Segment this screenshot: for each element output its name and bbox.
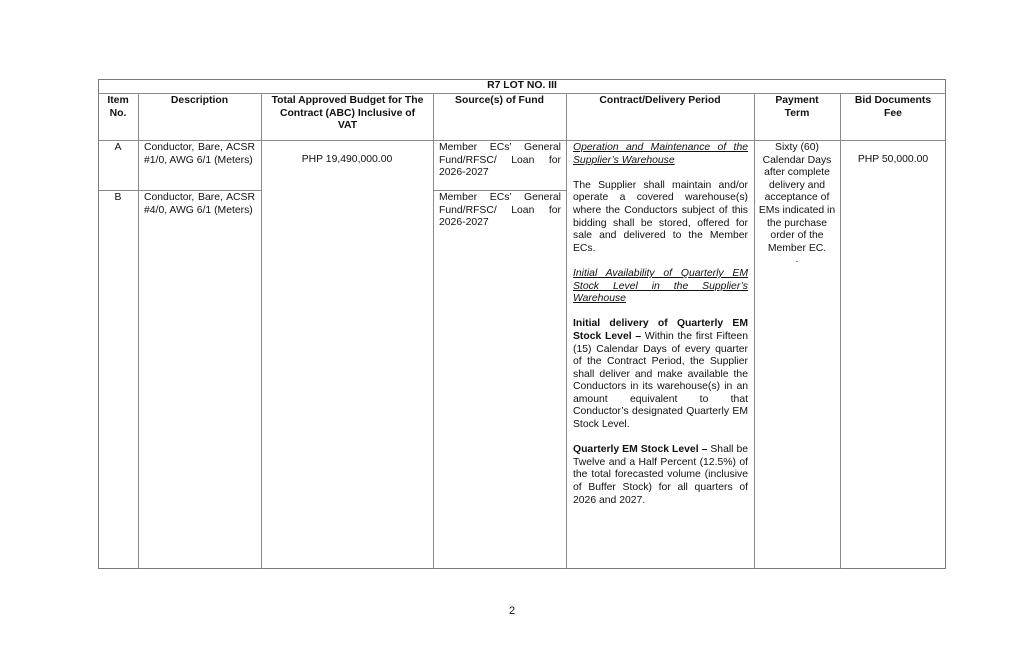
header-item-no: Item No.	[98, 95, 138, 120]
header-description: Description	[138, 95, 261, 108]
delivery-period-cell: Operation and Maintenance of the Supplie…	[573, 142, 748, 507]
period-heading-warehouse: Operation and Maintenance of the Supplie…	[573, 142, 748, 167]
header-abc: Total Approved Budget for The Contract (…	[270, 95, 425, 133]
header-source: Source(s) of Fund	[433, 95, 566, 108]
page-number: 2	[0, 605, 1024, 617]
row-a-b-divider-source	[433, 190, 566, 191]
header-payment: Payment Term	[770, 95, 824, 120]
row-a-description: Conductor, Bare, ACSR #1/0, AWG 6/1 (Met…	[144, 142, 255, 167]
lot-title: R7 LOT NO. III	[98, 80, 946, 91]
col-divider-5	[754, 93, 755, 569]
document-page: R7 LOT NO. III Item No. Description Tota…	[0, 0, 1024, 670]
payment-term: Sixty (60) Calendar Days after complete …	[757, 142, 837, 255]
period-heading-initial-availability: Initial Availability of Quarterly EM Sto…	[573, 268, 748, 306]
row-a-item: A	[98, 142, 138, 155]
header-period: Contract/Delivery Period	[566, 95, 754, 108]
header-row-divider	[98, 140, 946, 141]
payment-term-trailing-mark: .	[757, 254, 837, 267]
stock-level-label: Quarterly EM Stock Level –	[573, 444, 707, 455]
row-a-b-divider-left	[98, 190, 261, 191]
row-b-source: Member ECs’ General Fund/RFSC/ Loan for …	[439, 192, 561, 230]
row-b-item: B	[98, 192, 138, 205]
period-paragraph-warehouse: The Supplier shall maintain and/or opera…	[573, 180, 748, 256]
abc-value: PHP 19,490,000.00	[261, 154, 433, 167]
col-divider-1	[138, 93, 139, 569]
period-paragraph-initial-delivery: Initial delivery of Quarterly EM Stock L…	[573, 318, 748, 431]
header-fee: Bid Documents Fee	[848, 95, 938, 120]
row-a-source: Member ECs’ General Fund/RFSC/ Loan for …	[439, 142, 561, 180]
col-divider-3	[433, 93, 434, 569]
col-divider-4	[566, 93, 567, 569]
initial-delivery-text: Within the first Fifteen (15) Calendar D…	[573, 331, 748, 430]
bid-documents-fee: PHP 50,000.00	[840, 154, 946, 167]
row-b-description: Conductor, Bare, ACSR #4/0, AWG 6/1 (Met…	[144, 192, 255, 217]
title-row-divider	[98, 93, 946, 94]
period-paragraph-stock-level: Quarterly EM Stock Level – Shall be Twel…	[573, 444, 748, 507]
